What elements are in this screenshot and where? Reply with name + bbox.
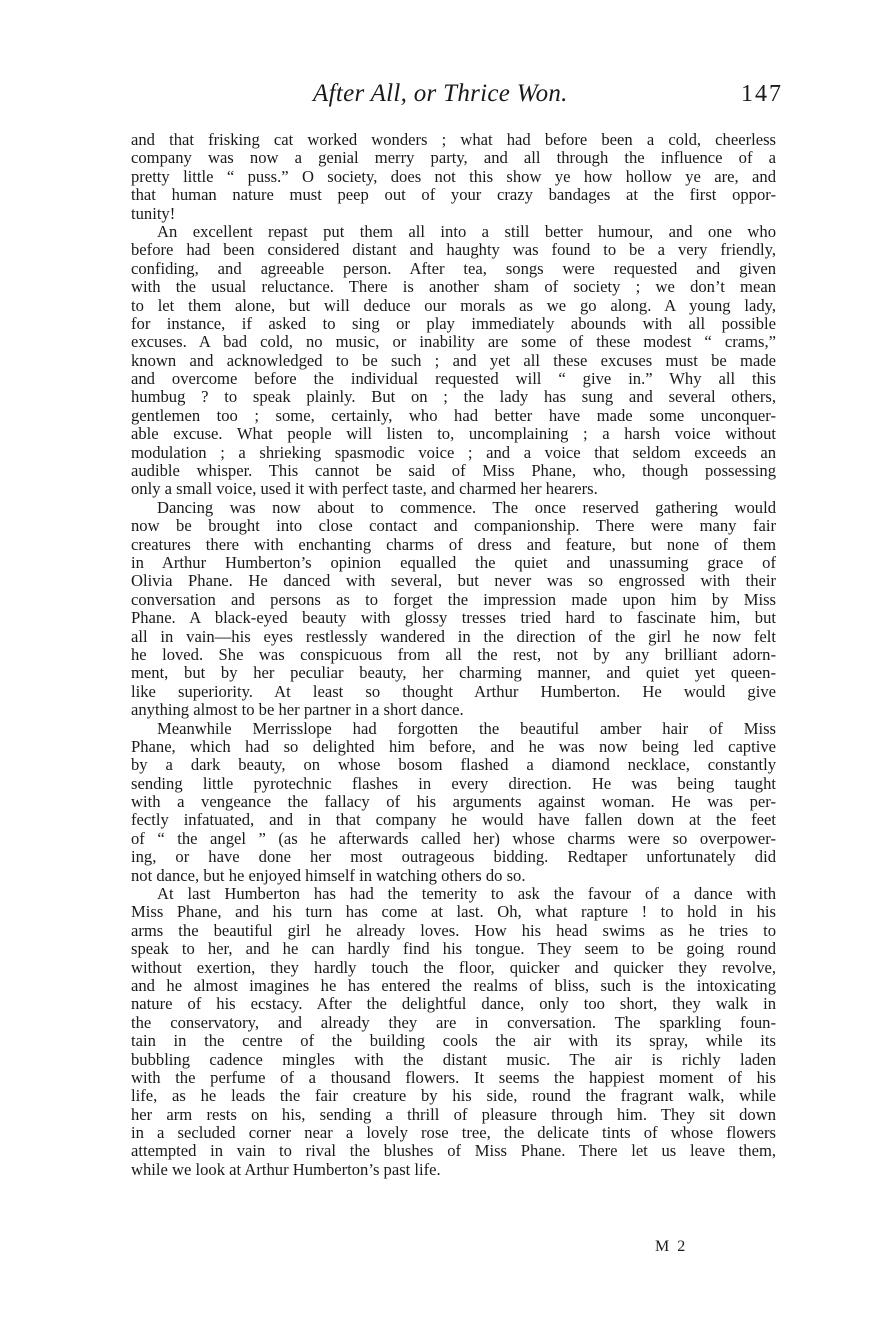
text-line: fectly infatuated, and in that company h… [131, 811, 776, 829]
text-line: arms the beautiful girl he already loves… [131, 922, 776, 940]
text-line: while we look at Arthur Humberton’s past… [131, 1161, 776, 1179]
text-line: modulation ; a shrieking spasmodic voice… [131, 444, 776, 462]
text-line: attempted in vain to rival the blushes o… [131, 1142, 776, 1160]
text-line: with the usual reluctance. There is anot… [131, 278, 776, 296]
text-line: Dancing was now about to commence. The o… [131, 499, 776, 517]
running-title: After All, or Thrice Won. [313, 80, 568, 108]
text-line: and that frisking cat worked wonders ; w… [131, 131, 776, 149]
text-line: the conservatory, and already they are i… [131, 1014, 776, 1032]
text-line: audible whisper. This cannot be said of … [131, 462, 776, 480]
text-line: life, as he leads the fair creature by h… [131, 1087, 776, 1105]
text-line: for instance, if asked to sing or play i… [131, 315, 776, 333]
text-line: creatures there with enchanting charms o… [131, 536, 776, 554]
text-line: Phane, which had so delighted him before… [131, 738, 776, 756]
text-line: Phane. A black-eyed beauty with glossy t… [131, 609, 776, 627]
text-line: tunity! [131, 205, 776, 223]
text-line: sending little pyrotechnic flashes in ev… [131, 775, 776, 793]
text-line: now be brought into close contact and co… [131, 517, 776, 535]
text-line: to let them alone, but will deduce our m… [131, 297, 776, 315]
text-line: Meanwhile Merrisslope had forgotten the … [131, 720, 776, 738]
text-line: company was now a genial merry party, an… [131, 149, 776, 167]
text-line: bubbling cadence mingles with the distan… [131, 1051, 776, 1069]
text-line: nature of his ecstacy. After the delight… [131, 995, 776, 1013]
text-line: in Arthur Humberton’s opinion equalled t… [131, 554, 776, 572]
text-line: gentlemen too ; some, certainly, who had… [131, 407, 776, 425]
text-line: before had been considered distant and h… [131, 241, 776, 259]
text-line: and overcome before the individual reque… [131, 370, 776, 388]
text-line: and he almost imagines he has entered th… [131, 977, 776, 995]
text-line: not dance, but he enjoyed himself in wat… [131, 867, 776, 885]
text-line: only a small voice, used it with perfect… [131, 480, 776, 498]
text-line: able excuse. What people will listen to,… [131, 425, 776, 443]
signature-mark: M 2 [655, 1238, 687, 1256]
text-line: by a dark beauty, on whose bosom flashed… [131, 756, 776, 774]
text-line: conversation and persons as to forget th… [131, 591, 776, 609]
text-line: An excellent repast put them all into a … [131, 223, 776, 241]
text-line: in a secluded corner near a lovely rose … [131, 1124, 776, 1142]
text-line: humbug ? to speak plainly. But on ; the … [131, 388, 776, 406]
text-line: all in vain—his eyes restlessly wandered… [131, 628, 776, 646]
text-line: ment, but by her peculiar beauty, her ch… [131, 664, 776, 682]
text-line: speak to her, and he can hardly find his… [131, 940, 776, 958]
text-line: Miss Phane, and his turn has come at las… [131, 903, 776, 921]
text-line: he loved. She was conspicuous from all t… [131, 646, 776, 664]
text-line: like superiority. At least so thought Ar… [131, 683, 776, 701]
text-line: of “ the angel ” (as he afterwards calle… [131, 830, 776, 848]
text-line: without exertion, they hardly touch the … [131, 959, 776, 977]
text-line: Olivia Phane. He danced with several, bu… [131, 572, 776, 590]
text-line: At last Humberton has had the temerity t… [131, 885, 776, 903]
page-header: After All, or Thrice Won. 147 [0, 80, 877, 114]
page-number: 147 [741, 81, 783, 108]
body-text: and that frisking cat worked wonders ; w… [131, 131, 776, 1179]
text-line: confiding, and agreeable person. After t… [131, 260, 776, 278]
text-line: tain in the centre of the building cools… [131, 1032, 776, 1050]
text-line: excuses. A bad cold, no music, or inabil… [131, 333, 776, 351]
text-line: anything almost to be her partner in a s… [131, 701, 776, 719]
text-line: ing, or have done her most outrageous bi… [131, 848, 776, 866]
text-line: with the perfume of a thousand flowers. … [131, 1069, 776, 1087]
text-line: her arm rests on his, sending a thrill o… [131, 1106, 776, 1124]
text-line: known and acknowledged to be such ; and … [131, 352, 776, 370]
text-line: pretty little “ puss.” O society, does n… [131, 168, 776, 186]
text-line: with a vengeance the fallacy of his argu… [131, 793, 776, 811]
text-line: that human nature must peep out of your … [131, 186, 776, 204]
